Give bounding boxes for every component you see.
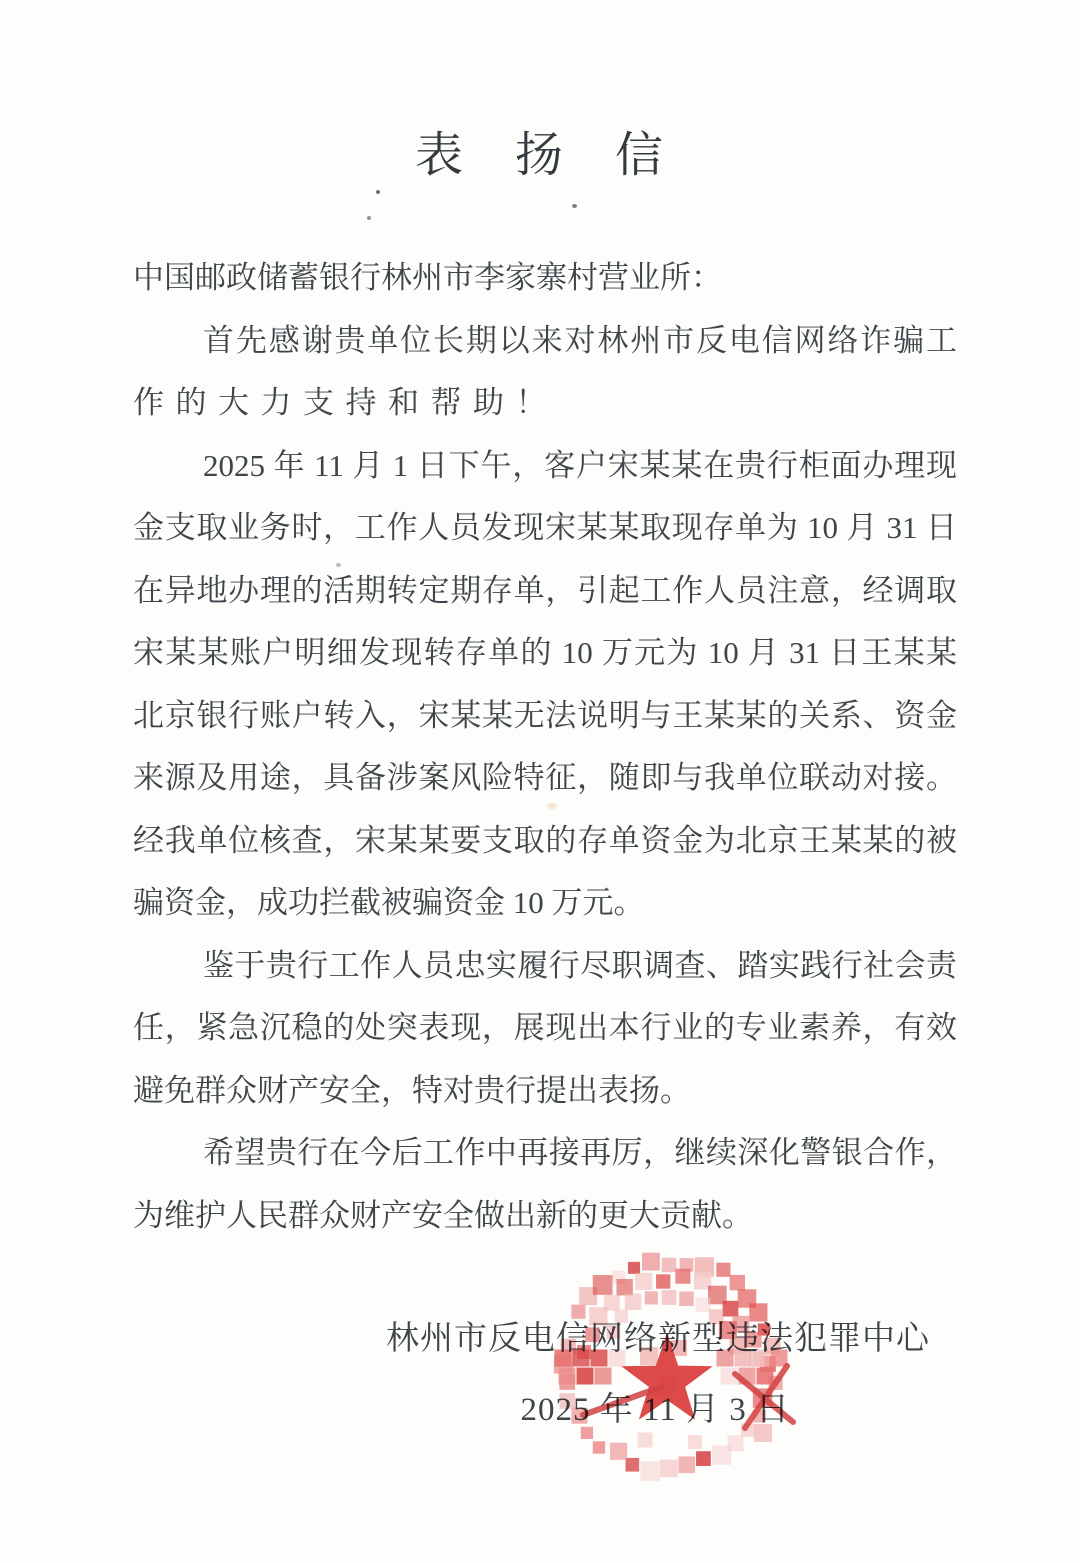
body-line: 避免群众财产安全，特对贵行提出表扬。 <box>133 1060 957 1123</box>
letter-page: 表 扬 信 中国邮政储蓄银行林州市李家寨村营业所： 首先感谢贵单位长期以来对林州… <box>0 0 1080 1563</box>
letter-body: 中国邮政储蓄银行林州市李家寨村营业所： 首先感谢贵单位长期以来对林州市反电信网络… <box>133 247 957 1247</box>
scan-speckle <box>572 204 577 208</box>
body-line: 2025 年 11 月 1 日下午，客户宋某某在贵行柜面办理现 <box>133 435 957 498</box>
body-line: 来源及用途，具备涉案风险特征，随即与我单位联动对接。 <box>133 747 957 810</box>
body-line: 金支取业务时，工作人员发现宋某某取现存单为 10 月 31 日 <box>133 497 957 560</box>
letter-title: 表 扬 信 <box>0 116 1080 185</box>
body-line: 骗资金，成功拦截被骗资金 10 万元。 <box>133 872 957 935</box>
salutation-line: 中国邮政储蓄银行林州市李家寨村营业所： <box>133 247 957 310</box>
body-line: 首先感谢贵单位长期以来对林州市反电信网络诈骗工 <box>133 310 957 373</box>
body-line: 鉴于贵行工作人员忠实履行尽职调查、踏实践行社会责 <box>133 935 957 998</box>
scan-speckle <box>376 190 380 194</box>
body-line: 在异地办理的活期转定期存单，引起工作人员注意，经调取 <box>133 560 957 623</box>
body-line: 为维护人民群众财产安全做出新的更大贡献。 <box>133 1185 957 1248</box>
red-star-icon <box>621 1333 712 1420</box>
body-line: 作的大力支持和帮助！ <box>133 372 957 435</box>
body-line: 任，紧急沉稳的处突表现，展现出本行业的专业素养，有效 <box>133 997 957 1060</box>
scan-speckle <box>367 216 371 220</box>
body-line: 北京银行账户转入，宋某某无法说明与王某某的关系、资金 <box>133 685 957 748</box>
official-stamp <box>549 1244 795 1490</box>
body-line: 希望贵行在今后工作中再接再厉，继续深化警银合作， <box>133 1122 957 1185</box>
body-line: 宋某某账户明细发现转存单的 10 万元为 10 月 31 日王某某 <box>133 622 957 685</box>
body-line: 经我单位核查，宋某某要支取的存单资金为北京王某某的被 <box>133 810 957 873</box>
